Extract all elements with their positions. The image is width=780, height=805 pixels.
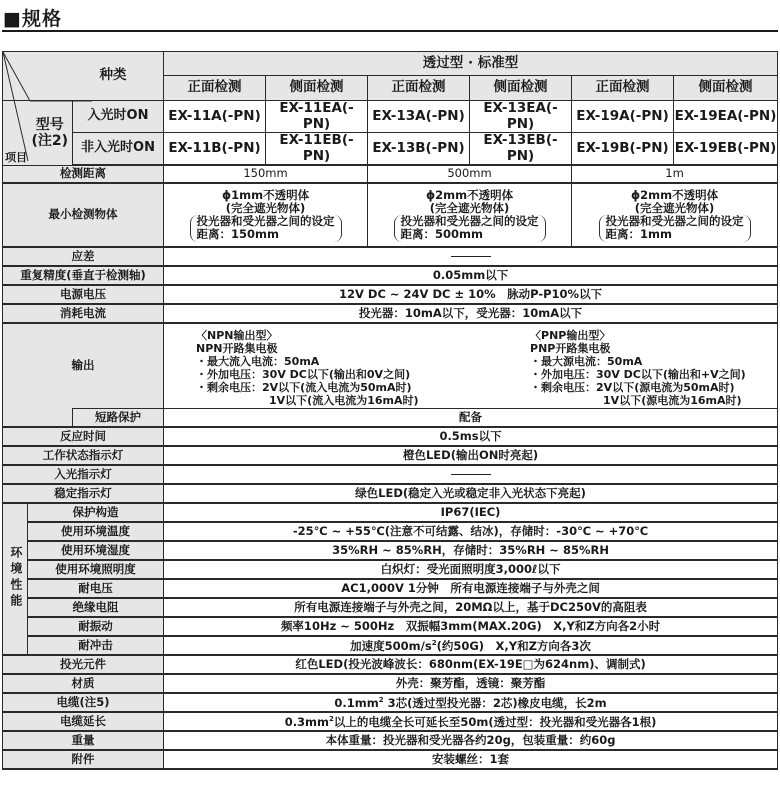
env-item-value: AC1,000V 1分钟 所有电源连接端子与外壳之间: [164, 579, 778, 598]
row-label-min-object: 最小检测物体: [3, 183, 164, 247]
short-circuit-value: 配备: [164, 408, 778, 427]
row-label-output: 输出: [3, 323, 164, 408]
model-cell: EX-11B(-PN): [164, 133, 266, 166]
model-cell: EX-13EB(-PN): [470, 133, 572, 166]
min-object-line: 距离：150mm: [197, 228, 335, 241]
weight-value: 本体重量：投光器和受光器各约20g，包装重量：约60g: [164, 731, 778, 750]
row-label-short-circuit: 短路保护: [73, 408, 164, 427]
env-item-label: 耐冲击: [28, 636, 164, 655]
output-line: ・外加电压：30V DC以下(输出和+V之间): [530, 369, 746, 382]
detect-distance-value: 150mm: [164, 165, 368, 183]
cable-value: 0.1mm2 3芯(透过型投光器：2芯)橡皮电缆，长2m: [164, 693, 778, 712]
env-group-text: 环境性能: [8, 546, 22, 610]
cable-ext-value: 0.3mm2以上的电缆全长可延长至50m(透过型：投光器和受光器各1根): [164, 712, 778, 731]
detect-distance-value: 500mm: [368, 165, 572, 183]
spec-table: 种类 透过型 · 标准型 正面检测 侧面检测 正面检测 侧面检测 正面检测 侧面…: [2, 51, 778, 770]
detect-distance-value: 1m: [572, 165, 778, 183]
value-part: 3芯(透过型投光器：2芯)橡皮电缆，长2m: [384, 696, 607, 710]
model-cell: EX-13A(-PN): [368, 101, 470, 133]
row-label-emitter: 投光元件: [3, 655, 164, 674]
column-header: 正面检测: [572, 76, 674, 101]
min-object-line: ϕ1mm不透明体: [164, 189, 367, 202]
min-object-line: 距离：500mm: [401, 228, 539, 241]
light-indicator-value: [164, 465, 778, 484]
output-line: 1V以下(源电流为16mA时): [530, 395, 746, 408]
value-part: 0.3mm: [285, 715, 329, 729]
column-header: 正面检测: [164, 76, 266, 101]
row-label-current: 消耗电流: [3, 304, 164, 323]
min-object-line: ϕ2mm不透明体: [368, 189, 571, 202]
setting-bracket: 投光器和受光器之间的设定 距离：1mm: [599, 215, 751, 241]
setting-bracket: 投光器和受光器之间的设定 距离：500mm: [394, 215, 546, 241]
column-header: 侧面检测: [674, 76, 778, 101]
model-cell: EX-11EA(-PN): [266, 101, 368, 133]
current-value: 投光器：10mA以下，受光器：10mA以下: [164, 304, 778, 323]
value-part: (约50G) X,Y和Z方向各3次: [437, 639, 591, 653]
env-item-label: 使用环境湿度: [28, 541, 164, 560]
min-object-value: ϕ1mm不透明体 (完全遮光物体) 投光器和受光器之间的设定 距离：150mm: [164, 183, 368, 247]
env-group-label: 环境性能: [3, 503, 28, 655]
value-part: 以上的电缆全长可延长至50m(透过型：投光器和受光器各1根): [334, 715, 657, 729]
row-label-cable-ext: 电缆延长: [3, 712, 164, 731]
model-cell: EX-13B(-PN): [368, 133, 470, 166]
env-item-value: 所有电源连接端子与外壳之间，20MΩ以上，基于DC250V的高阻表: [164, 598, 778, 617]
model-cell: EX-19B(-PN): [572, 133, 674, 166]
model-cell: EX-13EA(-PN): [470, 101, 572, 133]
supply-voltage-value: 12V DC ~ 24V DC ± 10% 脉动P-P10%以下: [164, 285, 778, 304]
accessory-value: 安装螺丝：1套: [164, 750, 778, 769]
min-object-value: ϕ2mm不透明体 (完全遮光物体) 投光器和受光器之间的设定 距离：500mm: [368, 183, 572, 247]
npn-output-block: 〈NPN输出型〉 NPN开路集电极 ・最大流入电流：50mA ・外加电压：30V…: [196, 330, 526, 408]
corner-diagonal-lines: [2, 51, 92, 163]
row-label-material: 材质: [3, 674, 164, 693]
env-item-value: 加速度500m/s2(约50G) X,Y和Z方向各3次: [164, 636, 778, 655]
title-divider: [2, 30, 778, 32]
section-title: ■规格: [3, 4, 62, 31]
model-cell: EX-11EB(-PN): [266, 133, 368, 166]
column-header: 侧面检测: [470, 76, 572, 101]
row-label-accessory: 附件: [3, 750, 164, 769]
env-item-value: IP67(IEC): [164, 503, 778, 522]
output-line: ・剩余电压：2V以下(流入电流为50mA时): [196, 382, 526, 395]
stable-indicator-value: 绿色LED(稳定入光或稳定非入光状态下亮起): [164, 484, 778, 503]
env-item-label: 绝缘电阻: [28, 598, 164, 617]
env-item-label: 耐振动: [28, 617, 164, 636]
kind-label: 种类: [100, 67, 127, 83]
value-part: 0.1mm: [334, 696, 378, 710]
row-label-weight: 重量: [3, 731, 164, 750]
dash-none: [451, 474, 491, 475]
env-item-label: 耐电压: [28, 579, 164, 598]
row-label-light-indicator: 入光指示灯: [3, 465, 164, 484]
column-header: 侧面检测: [266, 76, 368, 101]
emitter-value: 红色LED(投光波峰波长：680nm(EX-19E□为624nm)、调制式): [164, 655, 778, 674]
model-cell: EX-19EA(-PN): [674, 101, 778, 133]
row-label-detect-distance: 检测距离: [3, 165, 164, 183]
row-label-stable-indicator: 稳定指示灯: [3, 484, 164, 503]
type-group-header: 透过型 · 标准型: [164, 52, 778, 76]
env-item-label: 使用环境温度: [28, 522, 164, 541]
env-item-value: 35%RH ~ 85%RH，存储时：35%RH ~ 85%RH: [164, 541, 778, 560]
row-label-cable: 电缆(注5): [3, 693, 164, 712]
op-indicator-value: 橙色LED(输出ON时亮起): [164, 446, 778, 465]
env-item-value: 频率10Hz ~ 500Hz 双振幅3mm(MAX.20G) X,Y和Z方向各2…: [164, 617, 778, 636]
env-item-value: 白炽灯：受光面照明度3,000ℓ以下: [164, 560, 778, 579]
response-time-value: 0.5ms以下: [164, 427, 778, 446]
env-item-value: -25℃ ~ +55℃(注意不可结露、结冰)，存储时：-30℃ ~ +70℃: [164, 522, 778, 541]
output-value: 〈NPN输出型〉 NPN开路集电极 ・最大流入电流：50mA ・外加电压：30V…: [164, 323, 778, 408]
row-label-op-indicator: 工作状态指示灯: [3, 446, 164, 465]
hysteresis-value: [164, 247, 778, 266]
model-cell: EX-11A(-PN): [164, 101, 266, 133]
dash-none: [451, 256, 491, 257]
output-line: ・剩余电压：2V以下(源电流为50mA时): [530, 382, 746, 395]
output-line: 1V以下(流入电流为16mA时): [196, 395, 526, 408]
pnp-output-block: 〈PNP输出型〉 PNP开路集电极 ・最大源电流：50mA ・外加电压：30V …: [530, 330, 746, 408]
material-value: 外壳：聚芳酯，透镜：聚芳酯: [164, 674, 778, 693]
row-label-hysteresis: 应差: [3, 247, 164, 266]
output-label-spacer: [3, 408, 73, 427]
model-cell: EX-19A(-PN): [572, 101, 674, 133]
row-label-supply-voltage: 电源电压: [3, 285, 164, 304]
env-item-label: 保护构造: [28, 503, 164, 522]
row-label-repeatability: 重复精度(垂直于检测轴): [3, 266, 164, 285]
value-part: 加速度500m/s: [350, 639, 432, 653]
model-cell: EX-19EB(-PN): [674, 133, 778, 166]
min-object-value: ϕ2mm不透明体 (完全遮光物体) 投光器和受光器之间的设定 距离：1mm: [572, 183, 778, 247]
setting-bracket: 投光器和受光器之间的设定 距离：150mm: [190, 215, 342, 241]
min-object-line: ϕ2mm不透明体: [572, 189, 777, 202]
min-object-line: 距离：1mm: [606, 228, 744, 241]
row-label-response-time: 反应时间: [3, 427, 164, 446]
env-item-label: 使用环境照明度: [28, 560, 164, 579]
repeatability-value: 0.05mm以下: [164, 266, 778, 285]
column-header: 正面检测: [368, 76, 470, 101]
output-line: ・外加电压：30V DC以下(输出和0V之间): [196, 369, 526, 382]
